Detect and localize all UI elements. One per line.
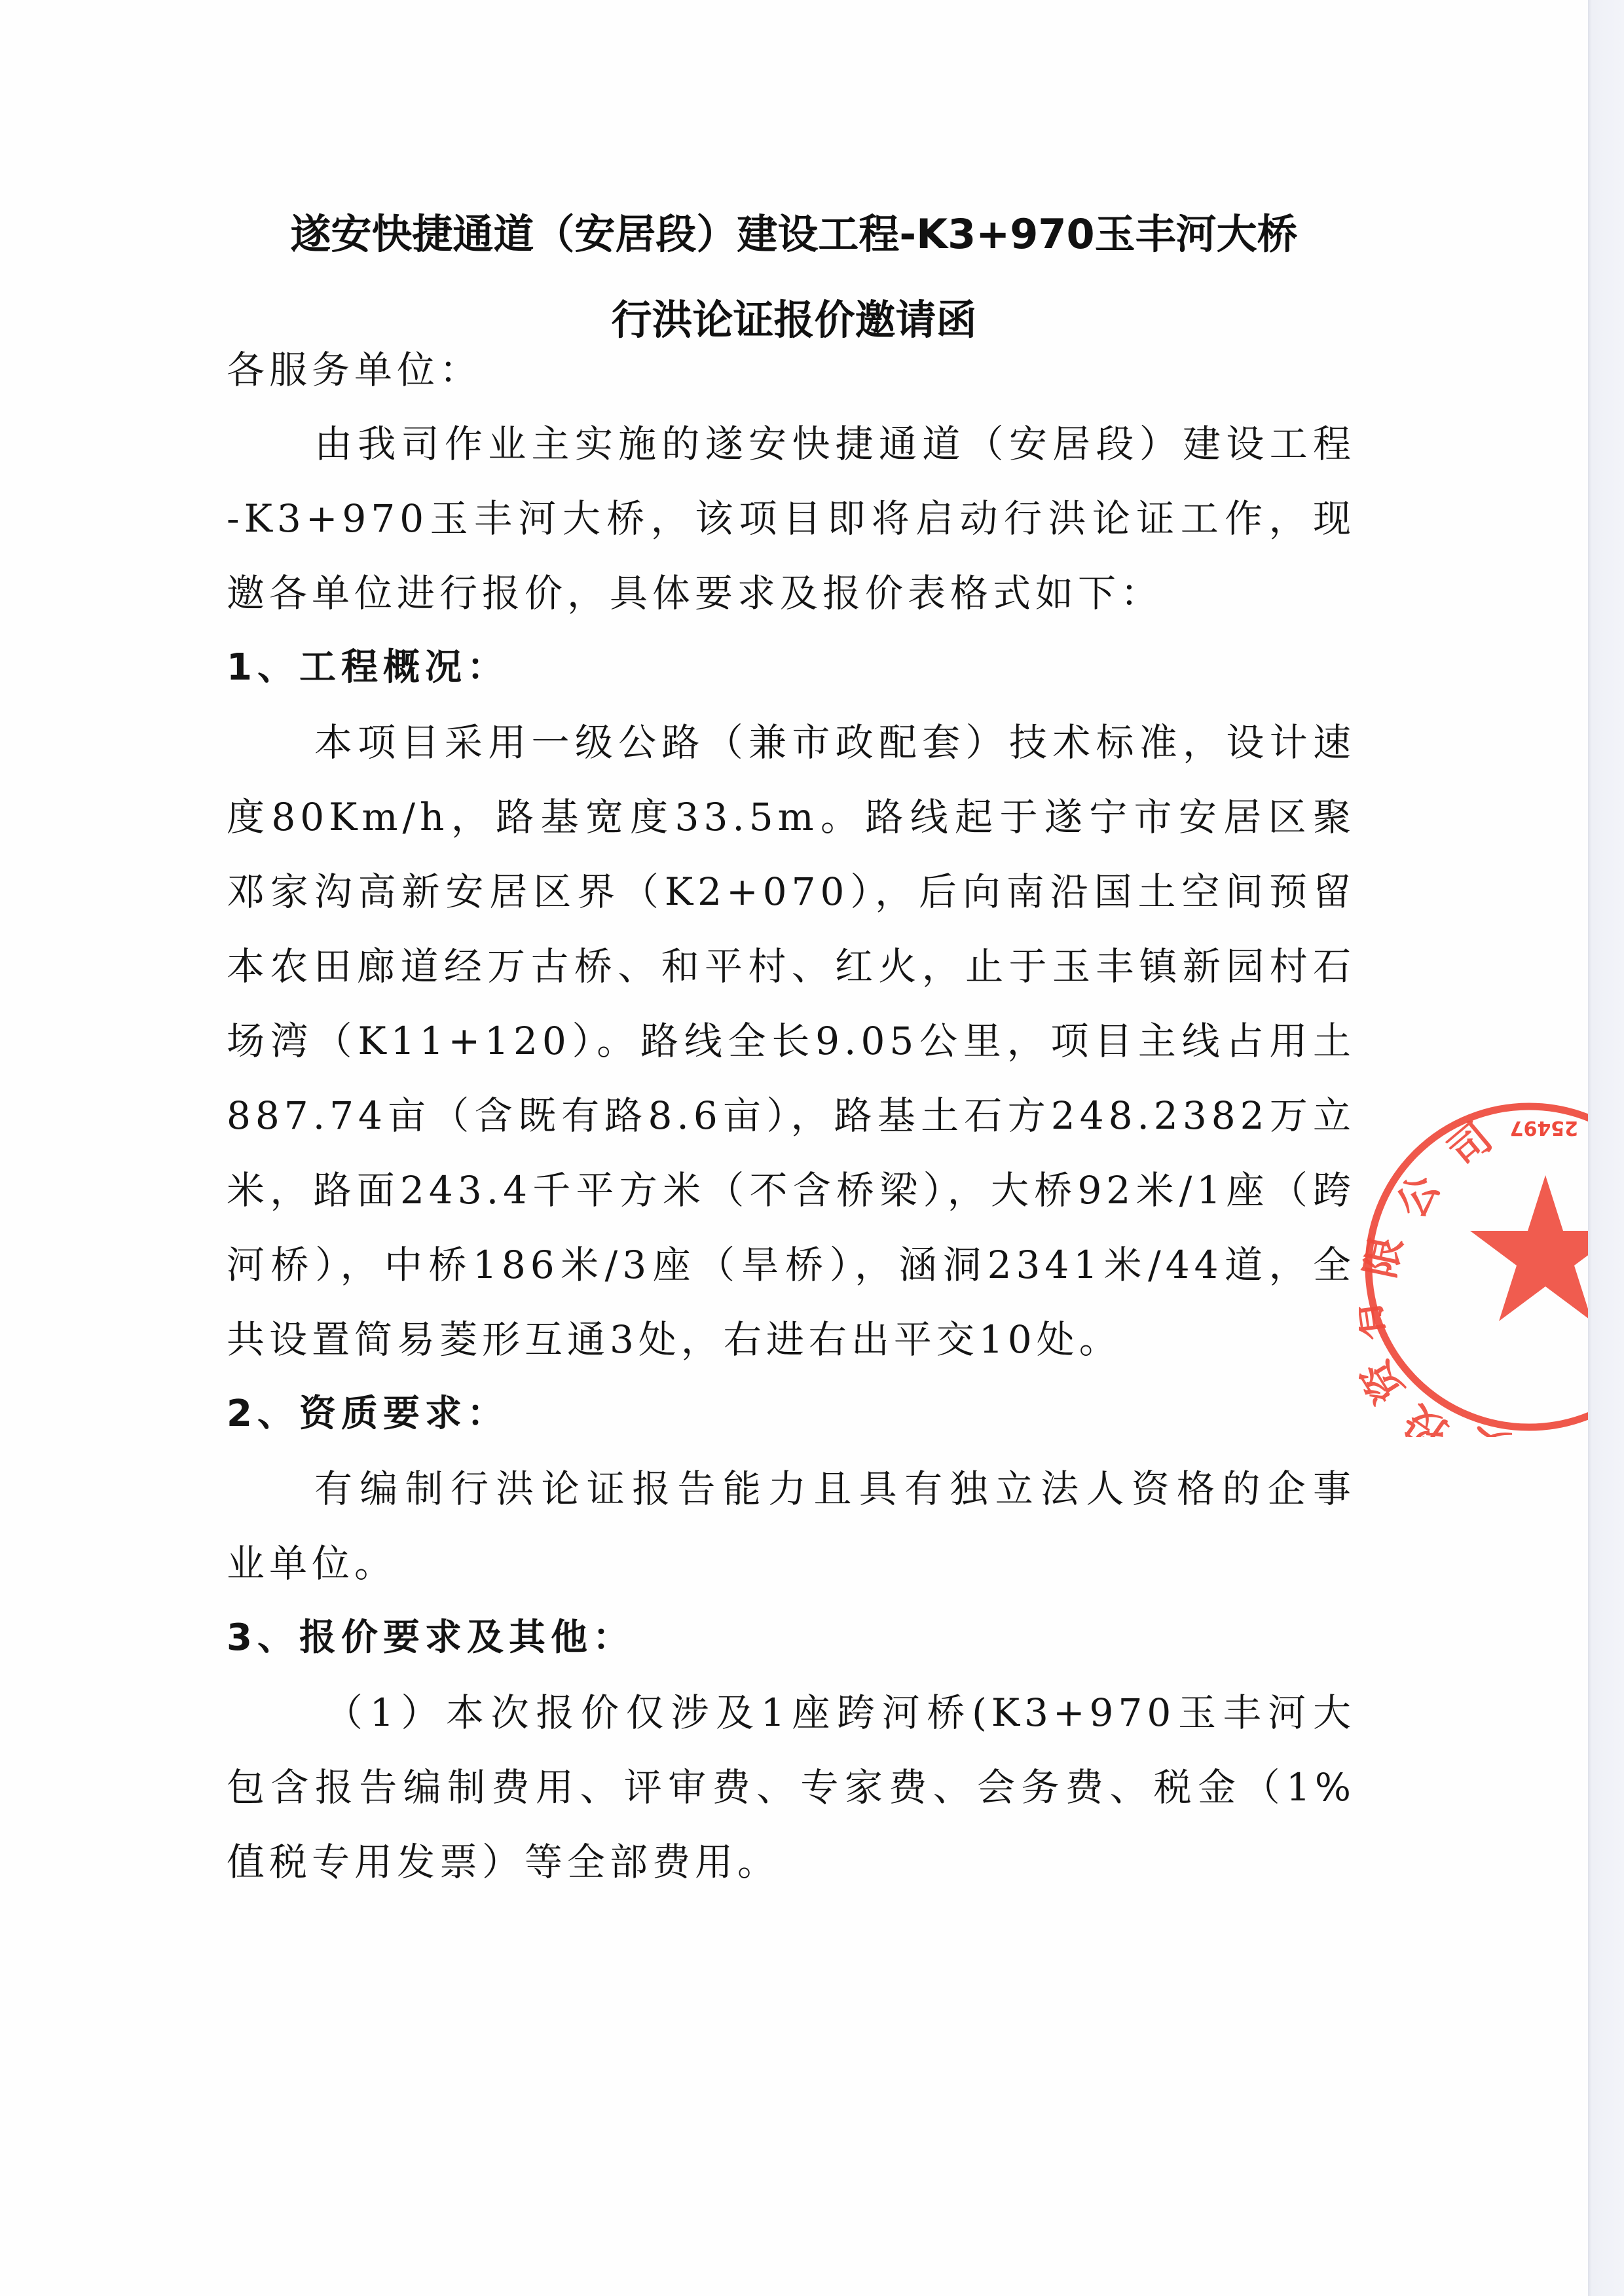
- section-1-line: 本农田廊道经万古桥、和平村、红火，止于玉丰镇新园村石: [227, 940, 1356, 993]
- section-2-line: 业单位。: [227, 1537, 1356, 1590]
- section-1-line: 邓家沟高新安居区界（K2+070），后向南沿国土空间预留基: [227, 866, 1356, 918]
- svg-text:有: 有: [1359, 1298, 1393, 1345]
- svg-text:限: 限: [1359, 1232, 1411, 1282]
- svg-text:资: 资: [1359, 1351, 1413, 1412]
- section-1-line: 度80Km/h，路基宽度33.5m。路线起于遂宁市安居区聚贤镇: [227, 791, 1356, 843]
- section-1-heading: 1、工程概况：: [227, 642, 1356, 694]
- section-1-line: 场湾（K11+120）。路线全长9.05公里，项目主线占用土地: [227, 1015, 1356, 1067]
- scan-edge-strip: [1588, 0, 1624, 2296]
- section-1-line: 米，路面243.4千平方米（不含桥梁），大桥92米/1座（跨: [227, 1164, 1356, 1216]
- document-title-line1: 遂安快捷通道（安居段）建设工程-K3+970玉丰河大桥: [0, 208, 1588, 261]
- section-3-line: 包含报告编制费用、评审费、专家费、会务费、税金（1%增: [227, 1761, 1356, 1813]
- intro-line-3: 邀各单位进行报价，具体要求及报价表格式如下：: [227, 567, 1356, 619]
- section-2-line: 有编制行洪论证报告能力且具有独立法人资格的企事: [227, 1463, 1356, 1515]
- svg-text:司: 司: [1439, 1114, 1501, 1176]
- section-3-line: 值税专用发票）等全部费用。: [227, 1836, 1356, 1888]
- seal-icon: 司 公 限 有 资 投 安 25497: [1359, 1097, 1588, 1437]
- section-3-line: （1）本次报价仅涉及1座跨河桥(K3+970玉丰河大桥)，: [227, 1686, 1356, 1739]
- section-1-line: 共设置简易菱形互通3处，右进右出平交10处。: [227, 1313, 1356, 1366]
- document-title-line2: 行洪论证报价邀请函: [0, 294, 1588, 346]
- section-1-line: 本项目采用一级公路（兼市政配套）技术标准，设计速: [227, 716, 1356, 769]
- section-2-heading: 2、资质要求：: [227, 1388, 1356, 1440]
- section-1-line: 河桥），中桥186米/3座（旱桥），涵洞2341米/44道，全线: [227, 1239, 1356, 1291]
- intro-line-2: -K3+970玉丰河大桥，该项目即将启动行洪论证工作，现诚: [227, 492, 1356, 545]
- seal-serial: 25497: [1510, 1116, 1578, 1139]
- section-3-heading: 3、报价要求及其他：: [227, 1612, 1356, 1664]
- section-1-line: 887.74亩（含既有路8.6亩），路基土石方248.2382万立方: [227, 1089, 1356, 1142]
- salutation: 各服务单位：: [227, 344, 1356, 396]
- intro-line-1: 由我司作业主实施的遂安快捷通道（安居段）建设工程: [227, 418, 1356, 470]
- company-seal-stamp: 司 公 限 有 资 投 安 25497: [1359, 1097, 1588, 1437]
